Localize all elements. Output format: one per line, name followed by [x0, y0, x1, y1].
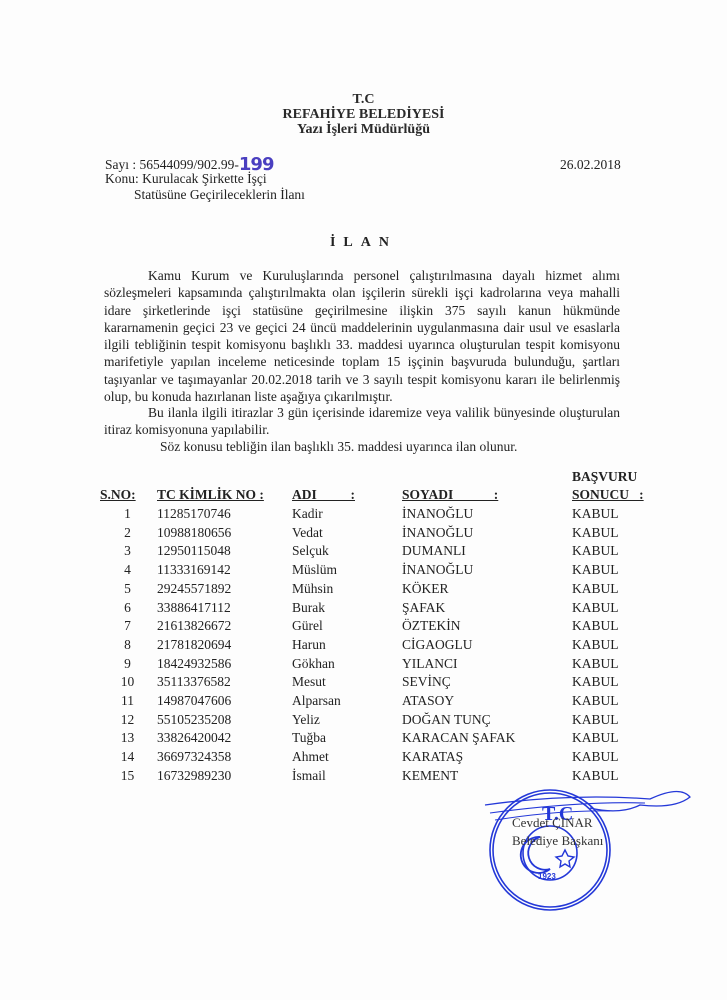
first-name: Vedat [292, 522, 402, 541]
table-header-row-top: BAŞVURU [100, 466, 672, 485]
header-department: Yazı İşleri Müdürlüğü [0, 122, 727, 138]
paragraph-text: Bu ilanla ilgili itirazlar 3 gün içerisi… [104, 404, 620, 439]
header-adi: ADI : [292, 485, 402, 504]
application-result: KABUL [570, 653, 672, 672]
row-number: 4 [100, 559, 155, 578]
application-result: KABUL [570, 728, 672, 747]
row-number: 2 [100, 522, 155, 541]
first-name: Müslüm [292, 559, 402, 578]
application-result: KABUL [570, 746, 672, 765]
table-row: 1114987047606AlparsanATASOYKABUL [100, 690, 672, 709]
table-row: 111285170746KadirİNANOĞLUKABUL [100, 503, 672, 522]
first-name: Gürel [292, 616, 402, 635]
row-number: 11 [100, 690, 155, 709]
tc-kimlik-no: 16732989230 [155, 765, 292, 784]
header-tc: T.C [0, 92, 727, 108]
table-row: 1255105235208YelizDOĞAN TUNÇKABUL [100, 709, 672, 728]
sayi-value: 56544099/902.99- [140, 157, 239, 172]
row-number: 12 [100, 709, 155, 728]
tc-kimlik-no: 33886417112 [155, 597, 292, 616]
paragraph-2: Bu ilanla ilgili itirazlar 3 gün içerisi… [104, 404, 620, 439]
table-row: 312950115048SelçukDUMANLIKABUL [100, 541, 672, 560]
first-name: Gökhan [292, 653, 402, 672]
first-name: Harun [292, 634, 402, 653]
table-row: 1333826420042TuğbaKARACAN ŞAFAKKABUL [100, 728, 672, 747]
subject-line-2: Statüsüne Geçirileceklerin İlanı [134, 187, 305, 203]
first-name: Yeliz [292, 709, 402, 728]
last-name: DUMANLI [402, 541, 570, 560]
row-number: 14 [100, 746, 155, 765]
tc-kimlik-no: 21613826672 [155, 616, 292, 635]
tc-kimlik-no: 14987047606 [155, 690, 292, 709]
table-row: 633886417112BurakŞAFAKKABUL [100, 597, 672, 616]
row-number: 7 [100, 616, 155, 635]
application-result: KABUL [570, 578, 672, 597]
tc-kimlik-no: 21781820694 [155, 634, 292, 653]
table-row: 1035113376582MesutSEVİNÇKABUL [100, 672, 672, 691]
application-result: KABUL [570, 709, 672, 728]
table-row: 918424932586GökhanYILANCIKABUL [100, 653, 672, 672]
row-number: 6 [100, 597, 155, 616]
last-name: İNANOĞLU [402, 559, 570, 578]
paragraph-text: Söz konusu tebliğin ilan başlıklı 35. ma… [104, 438, 620, 455]
first-name: Mesut [292, 672, 402, 691]
tc-kimlik-no: 36697324358 [155, 746, 292, 765]
table-row: 411333169142MüslümİNANOĞLUKABUL [100, 559, 672, 578]
header-sno: S.NO: [100, 485, 155, 504]
application-result: KABUL [570, 690, 672, 709]
header-institution: REFAHİYE BELEDİYESİ [0, 107, 727, 123]
tc-kimlik-no: 33826420042 [155, 728, 292, 747]
last-name: YILANCI [402, 653, 570, 672]
last-name: İNANOĞLU [402, 503, 570, 522]
last-name: ATASOY [402, 690, 570, 709]
tc-kimlik-no: 29245571892 [155, 578, 292, 597]
tc-kimlik-no: 18424932586 [155, 653, 292, 672]
last-name: KARATAŞ [402, 746, 570, 765]
document-page: T.C REFAHİYE BELEDİYESİ Yazı İşleri Müdü… [0, 0, 727, 1000]
row-number: 3 [100, 541, 155, 560]
signatory-title: Belediye Başkanı [512, 833, 603, 849]
row-number: 1 [100, 503, 155, 522]
tc-kimlik-no: 10988180656 [155, 522, 292, 541]
first-name: Mühsin [292, 578, 402, 597]
application-result: KABUL [570, 559, 672, 578]
tc-kimlik-no: 12950115048 [155, 541, 292, 560]
row-number: 10 [100, 672, 155, 691]
subject-line-1: Konu: Kurulacak Şirkette İşçi [105, 171, 267, 187]
sayi-label: Sayı : [105, 157, 140, 172]
announcement-title: İLAN [0, 235, 727, 251]
row-number: 8 [100, 634, 155, 653]
application-result: KABUL [570, 616, 672, 635]
application-result: KABUL [570, 522, 672, 541]
tc-kimlik-no: 55105235208 [155, 709, 292, 728]
header-sonucu: SONUCU : [570, 485, 672, 504]
paragraph-text: Kamu Kurum ve Kuruluşlarında personel ça… [104, 267, 620, 405]
last-name: KARACAN ŞAFAK [402, 728, 570, 747]
signatory-name: Cevdet ÇINAR [512, 815, 593, 831]
first-name: Alparsan [292, 690, 402, 709]
application-result: KABUL [570, 634, 672, 653]
header-soyadi: SOYADI : [402, 485, 570, 504]
application-result: KABUL [570, 597, 672, 616]
first-name: Ahmet [292, 746, 402, 765]
application-result: KABUL [570, 541, 672, 560]
header-tc-kimlik: TC KİMLİK NO : [155, 485, 292, 504]
table-header-row: S.NO: TC KİMLİK NO : ADI : SOYADI : SONU… [100, 485, 672, 504]
paragraph-1: Kamu Kurum ve Kuruluşlarında personel ça… [104, 267, 620, 405]
application-result: KABUL [570, 503, 672, 522]
last-name: İNANOĞLU [402, 522, 570, 541]
table-row: 1436697324358AhmetKARATAŞKABUL [100, 746, 672, 765]
row-number: 15 [100, 765, 155, 784]
first-name: Tuğba [292, 728, 402, 747]
last-name: CİGAOGLU [402, 634, 570, 653]
tc-kimlik-no: 35113376582 [155, 672, 292, 691]
last-name: ÖZTEKİN [402, 616, 570, 635]
first-name: Kadir [292, 503, 402, 522]
table-row: 821781820694HarunCİGAOGLUKABUL [100, 634, 672, 653]
first-name: Burak [292, 597, 402, 616]
row-number: 9 [100, 653, 155, 672]
table-row: 529245571892MühsinKÖKERKABUL [100, 578, 672, 597]
application-result: KABUL [570, 672, 672, 691]
last-name: SEVİNÇ [402, 672, 570, 691]
tc-kimlik-no: 11285170746 [155, 503, 292, 522]
stamp-year: 1923 [538, 872, 556, 881]
tc-kimlik-no: 11333169142 [155, 559, 292, 578]
applicants-table: BAŞVURU S.NO: TC KİMLİK NO : ADI : SOYAD… [100, 466, 672, 784]
last-name: KÖKER [402, 578, 570, 597]
paragraph-3: Söz konusu tebliğin ilan başlıklı 35. ma… [104, 438, 620, 455]
last-name: DOĞAN TUNÇ [402, 709, 570, 728]
first-name: İsmail [292, 765, 402, 784]
last-name: ŞAFAK [402, 597, 570, 616]
table-row: 210988180656VedatİNANOĞLUKABUL [100, 522, 672, 541]
table-row: 721613826672GürelÖZTEKİNKABUL [100, 616, 672, 635]
row-number: 13 [100, 728, 155, 747]
first-name: Selçuk [292, 541, 402, 560]
document-date: 26.02.2018 [560, 157, 621, 173]
row-number: 5 [100, 578, 155, 597]
header-basvuru: BAŞVURU [570, 466, 672, 485]
